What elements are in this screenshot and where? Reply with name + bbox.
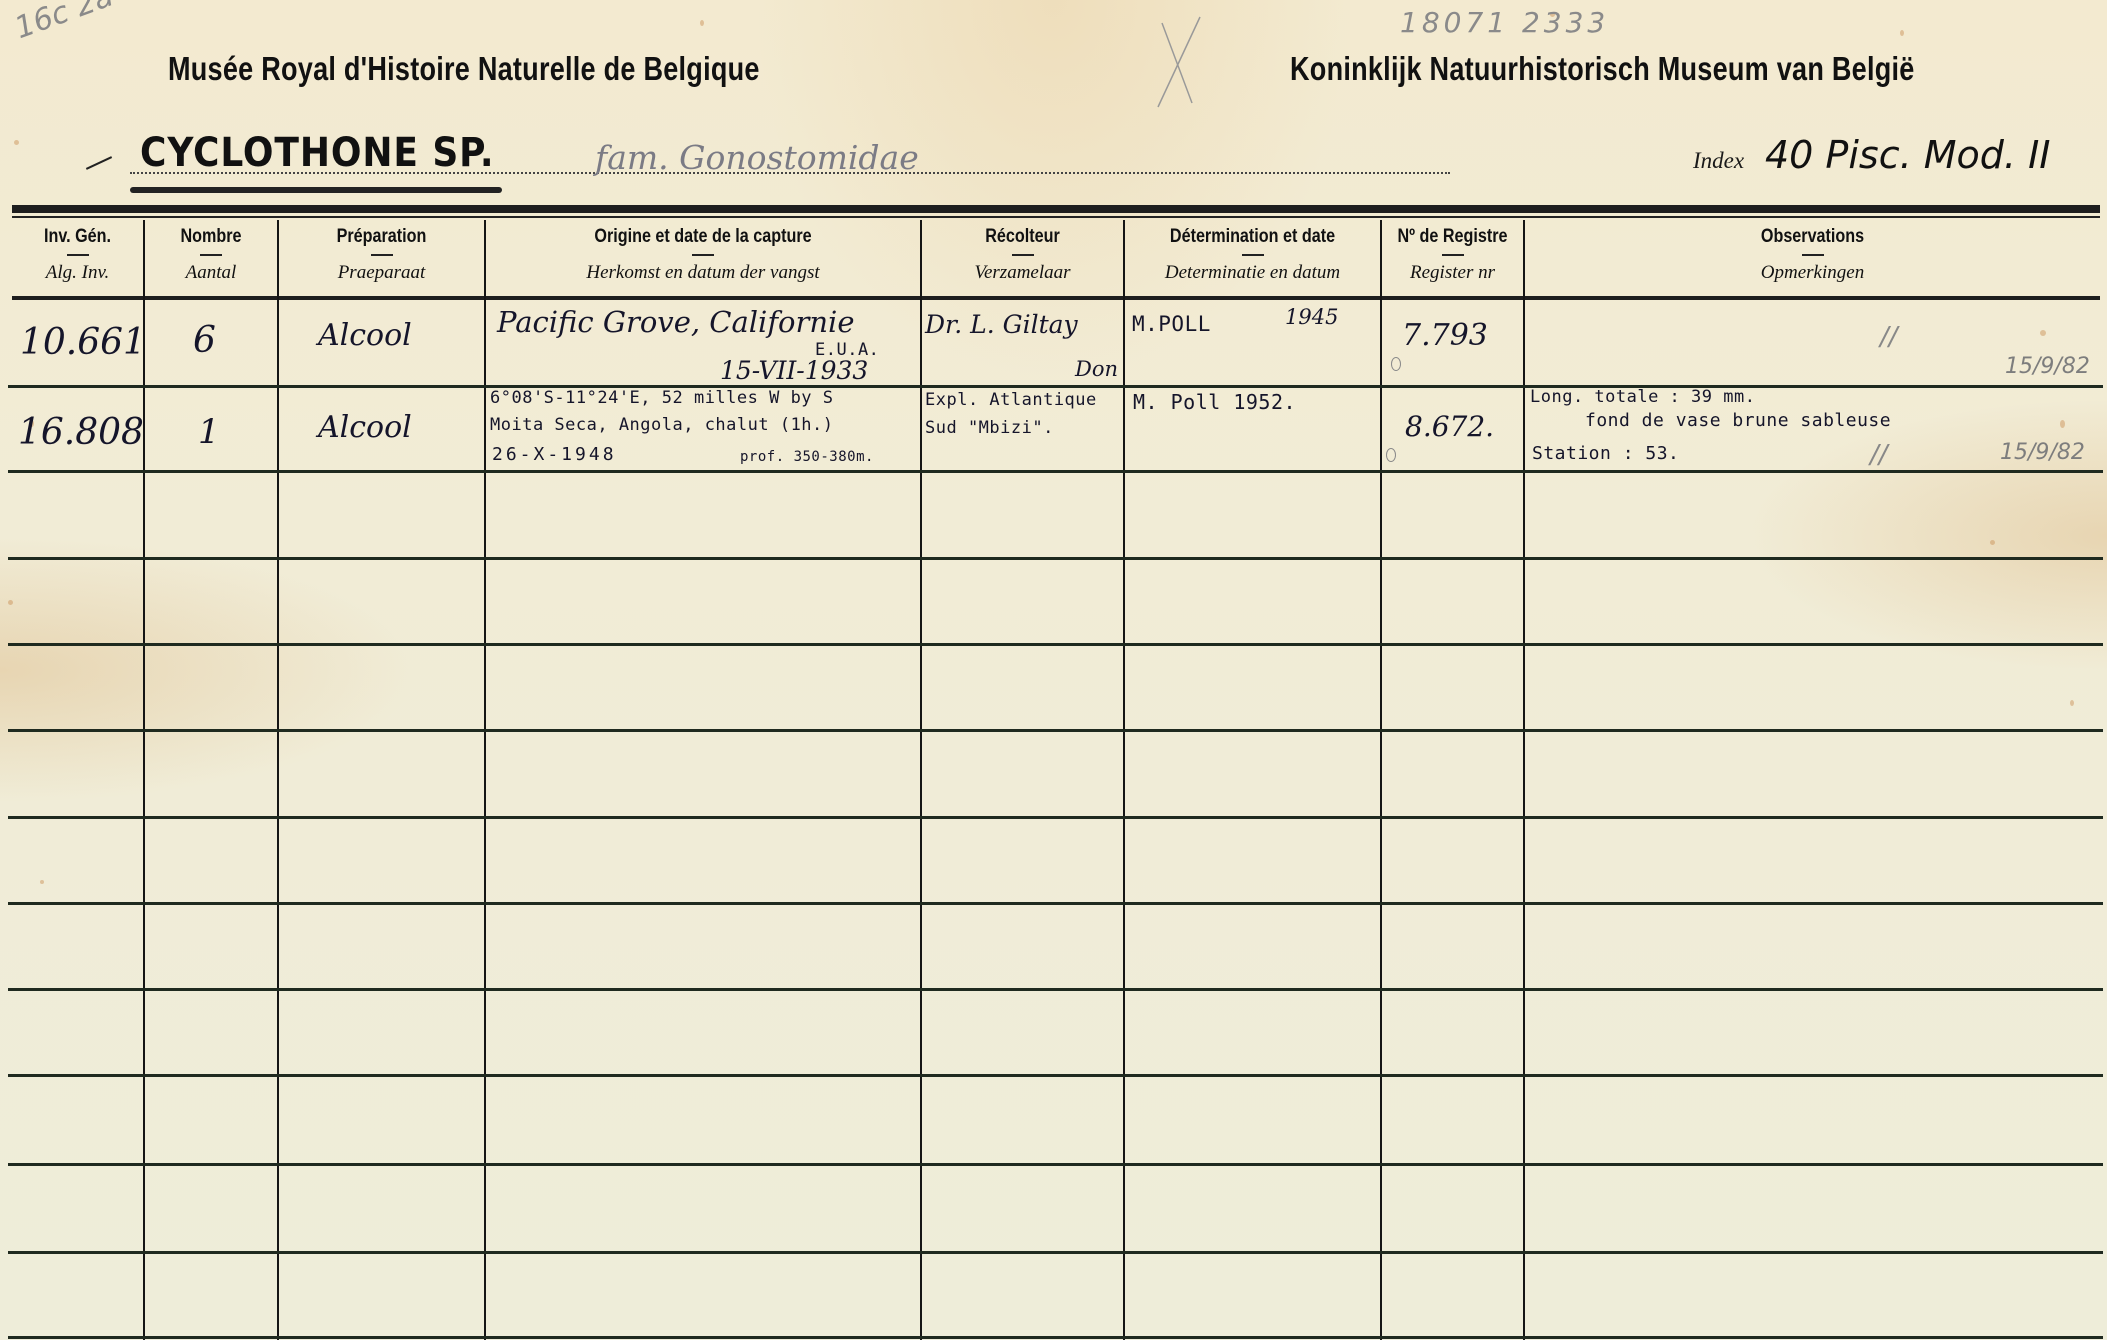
paper-stain: [1990, 540, 1995, 545]
origine-line2: Moita Seca, Angola, chalut (1h.): [490, 415, 834, 435]
column-header-recolteur: Récolteur Verzamelaar: [922, 222, 1123, 298]
header-dash: [200, 254, 222, 256]
museum-title-dutch: Koninklijk Natuurhistorisch Museum van B…: [1290, 50, 1915, 88]
tick-mark: [86, 156, 112, 170]
family-pencil-note: fam. Gonostomidae: [595, 138, 919, 177]
column-header-observations: Observations Opmerkingen: [1525, 222, 2100, 298]
column-header-preparation: Préparation Praeparaat: [279, 222, 484, 298]
row-divider: [8, 1074, 2103, 1077]
paper-stain: [2040, 330, 2046, 336]
species-underline: [130, 187, 502, 193]
preparation-value: Alcool: [318, 318, 412, 353]
column-divider: [484, 220, 486, 1340]
row-divider: [8, 816, 2103, 819]
origine-line1: 6°08'S-11°24'E, 52 milles W by S: [490, 388, 834, 408]
row-divider: [8, 643, 2103, 646]
pencil-check-mark: //: [1880, 322, 1898, 352]
header-fr: Nº de Registre: [1393, 226, 1513, 248]
recolteur-line1: Dr. L. Giltay: [925, 310, 1078, 339]
index-value: 40 Pisc. Mod. II: [1765, 133, 2050, 177]
column-divider: [1523, 220, 1525, 1340]
header-dash: [371, 254, 393, 256]
row-divider: [8, 557, 2103, 560]
header-fr: Nombre: [155, 226, 267, 248]
origine-date: 26-X-1948: [492, 444, 617, 465]
paper-stain: [8, 600, 13, 605]
column-header-inv-gen: Inv. Gén. Alg. Inv.: [12, 222, 143, 298]
row-divider: [8, 988, 2103, 991]
header-dash: [1802, 254, 1824, 256]
paper-stain: [40, 880, 44, 884]
row-divider: [8, 385, 2103, 388]
header-nl: Opmerkingen: [1525, 262, 2100, 284]
top-catalog-number: 18071 2333: [1400, 6, 1609, 39]
pencil-circle-mark: [1391, 357, 1401, 371]
header-dash: [1242, 254, 1264, 256]
preparation-value: Alcool: [318, 410, 412, 445]
pencil-check-mark: //: [1870, 440, 1888, 470]
index-label: Index: [1693, 148, 1744, 174]
registre-value: 7.793: [1402, 318, 1488, 353]
determination-year: 1945: [1285, 305, 1338, 329]
pencil-circle-mark: [1386, 448, 1396, 462]
museum-title-french: Musée Royal d'Histoire Naturelle de Belg…: [168, 50, 760, 88]
header-nl: Herkomst en datum der vangst: [486, 262, 920, 284]
row-divider: [8, 902, 2103, 905]
header-dash: [692, 254, 714, 256]
header-dash: [67, 254, 89, 256]
paper-stain: [700, 20, 704, 26]
observations-line1: Long. totale : 39 mm.: [1530, 387, 1755, 407]
header-nl: Register nr: [1382, 262, 1523, 284]
origine-date: 15-VII-1933: [720, 356, 868, 385]
paper-stain: [1900, 30, 1904, 36]
determination-value: M. Poll 1952.: [1133, 390, 1296, 414]
column-header-nombre: Nombre Aantal: [145, 222, 277, 298]
pencil-cross-mark: [1150, 15, 1210, 110]
header-dash: [1012, 254, 1034, 256]
recolteur-line1: Expl. Atlantique: [925, 390, 1097, 410]
origine-line1: Pacific Grove, Californie: [497, 305, 855, 339]
header-dash: [1442, 254, 1464, 256]
species-name: CYCLOTHONE SP.: [140, 130, 494, 176]
row-divider: [8, 1336, 2103, 1339]
observations-line3: Station : 53.: [1532, 443, 1679, 464]
row-divider: [8, 729, 2103, 732]
header-fr: Détermination et date: [1144, 226, 1361, 248]
header-nl: Aantal: [145, 262, 277, 284]
row-divider: [8, 1163, 2103, 1166]
header-fr: Récolteur: [937, 226, 1108, 248]
species-line: CYCLOTHONE SP. fam. Gonostomidae: [85, 130, 1450, 180]
header-fr: Observations: [1568, 226, 2057, 248]
pencil-date: 15/9/82: [2005, 354, 2090, 379]
inv-gen-value: 10.661: [20, 322, 146, 363]
column-divider: [1123, 220, 1125, 1340]
header-fr: Inv. Gén.: [22, 226, 133, 248]
top-thin-rule: [12, 216, 2100, 218]
column-header-origine: Origine et date de la capture Herkomst e…: [486, 222, 920, 298]
header-fr: Préparation: [294, 226, 468, 248]
header-nl: Alg. Inv.: [12, 262, 143, 284]
column-header-determination: Détermination et date Determinatie en da…: [1125, 222, 1380, 298]
paper-stain: [2060, 420, 2065, 428]
column-divider: [920, 220, 922, 1340]
specimen-catalog-card: 16c 2a 18071 2333 Musée Royal d'Histoire…: [0, 0, 2107, 1340]
corner-pencil-note: 16c 2a: [12, 0, 116, 42]
inv-gen-value: 16.808: [18, 412, 144, 453]
paper-stain: [14, 140, 19, 145]
observations-line2: fond de vase brune sableuse: [1585, 410, 1891, 431]
determination-value: M.POLL: [1132, 312, 1211, 336]
column-header-registre: Nº de Registre Register nr: [1382, 222, 1523, 298]
registre-value: 8.672.: [1405, 410, 1494, 443]
header-nl: Verzamelaar: [922, 262, 1123, 284]
column-divider: [1380, 220, 1382, 1340]
pencil-date: 15/9/82: [2000, 440, 2085, 465]
paper-stain: [2070, 700, 2074, 706]
nombre-value: 6: [193, 320, 216, 361]
header-nl: Praeparaat: [279, 262, 484, 284]
nombre-value: 1: [198, 412, 220, 452]
origine-depth: prof. 350-380m.: [740, 449, 874, 465]
recolteur-line2: Sud "Mbizi".: [925, 418, 1054, 438]
row-divider: [8, 470, 2103, 473]
column-divider: [143, 220, 145, 1340]
recolteur-line2: Don: [1075, 357, 1118, 381]
top-thick-rule: [12, 205, 2100, 213]
header-nl: Determinatie en datum: [1125, 262, 1380, 284]
column-divider: [277, 220, 279, 1340]
header-fr: Origine et date de la capture: [519, 226, 888, 248]
row-divider: [8, 1251, 2103, 1254]
